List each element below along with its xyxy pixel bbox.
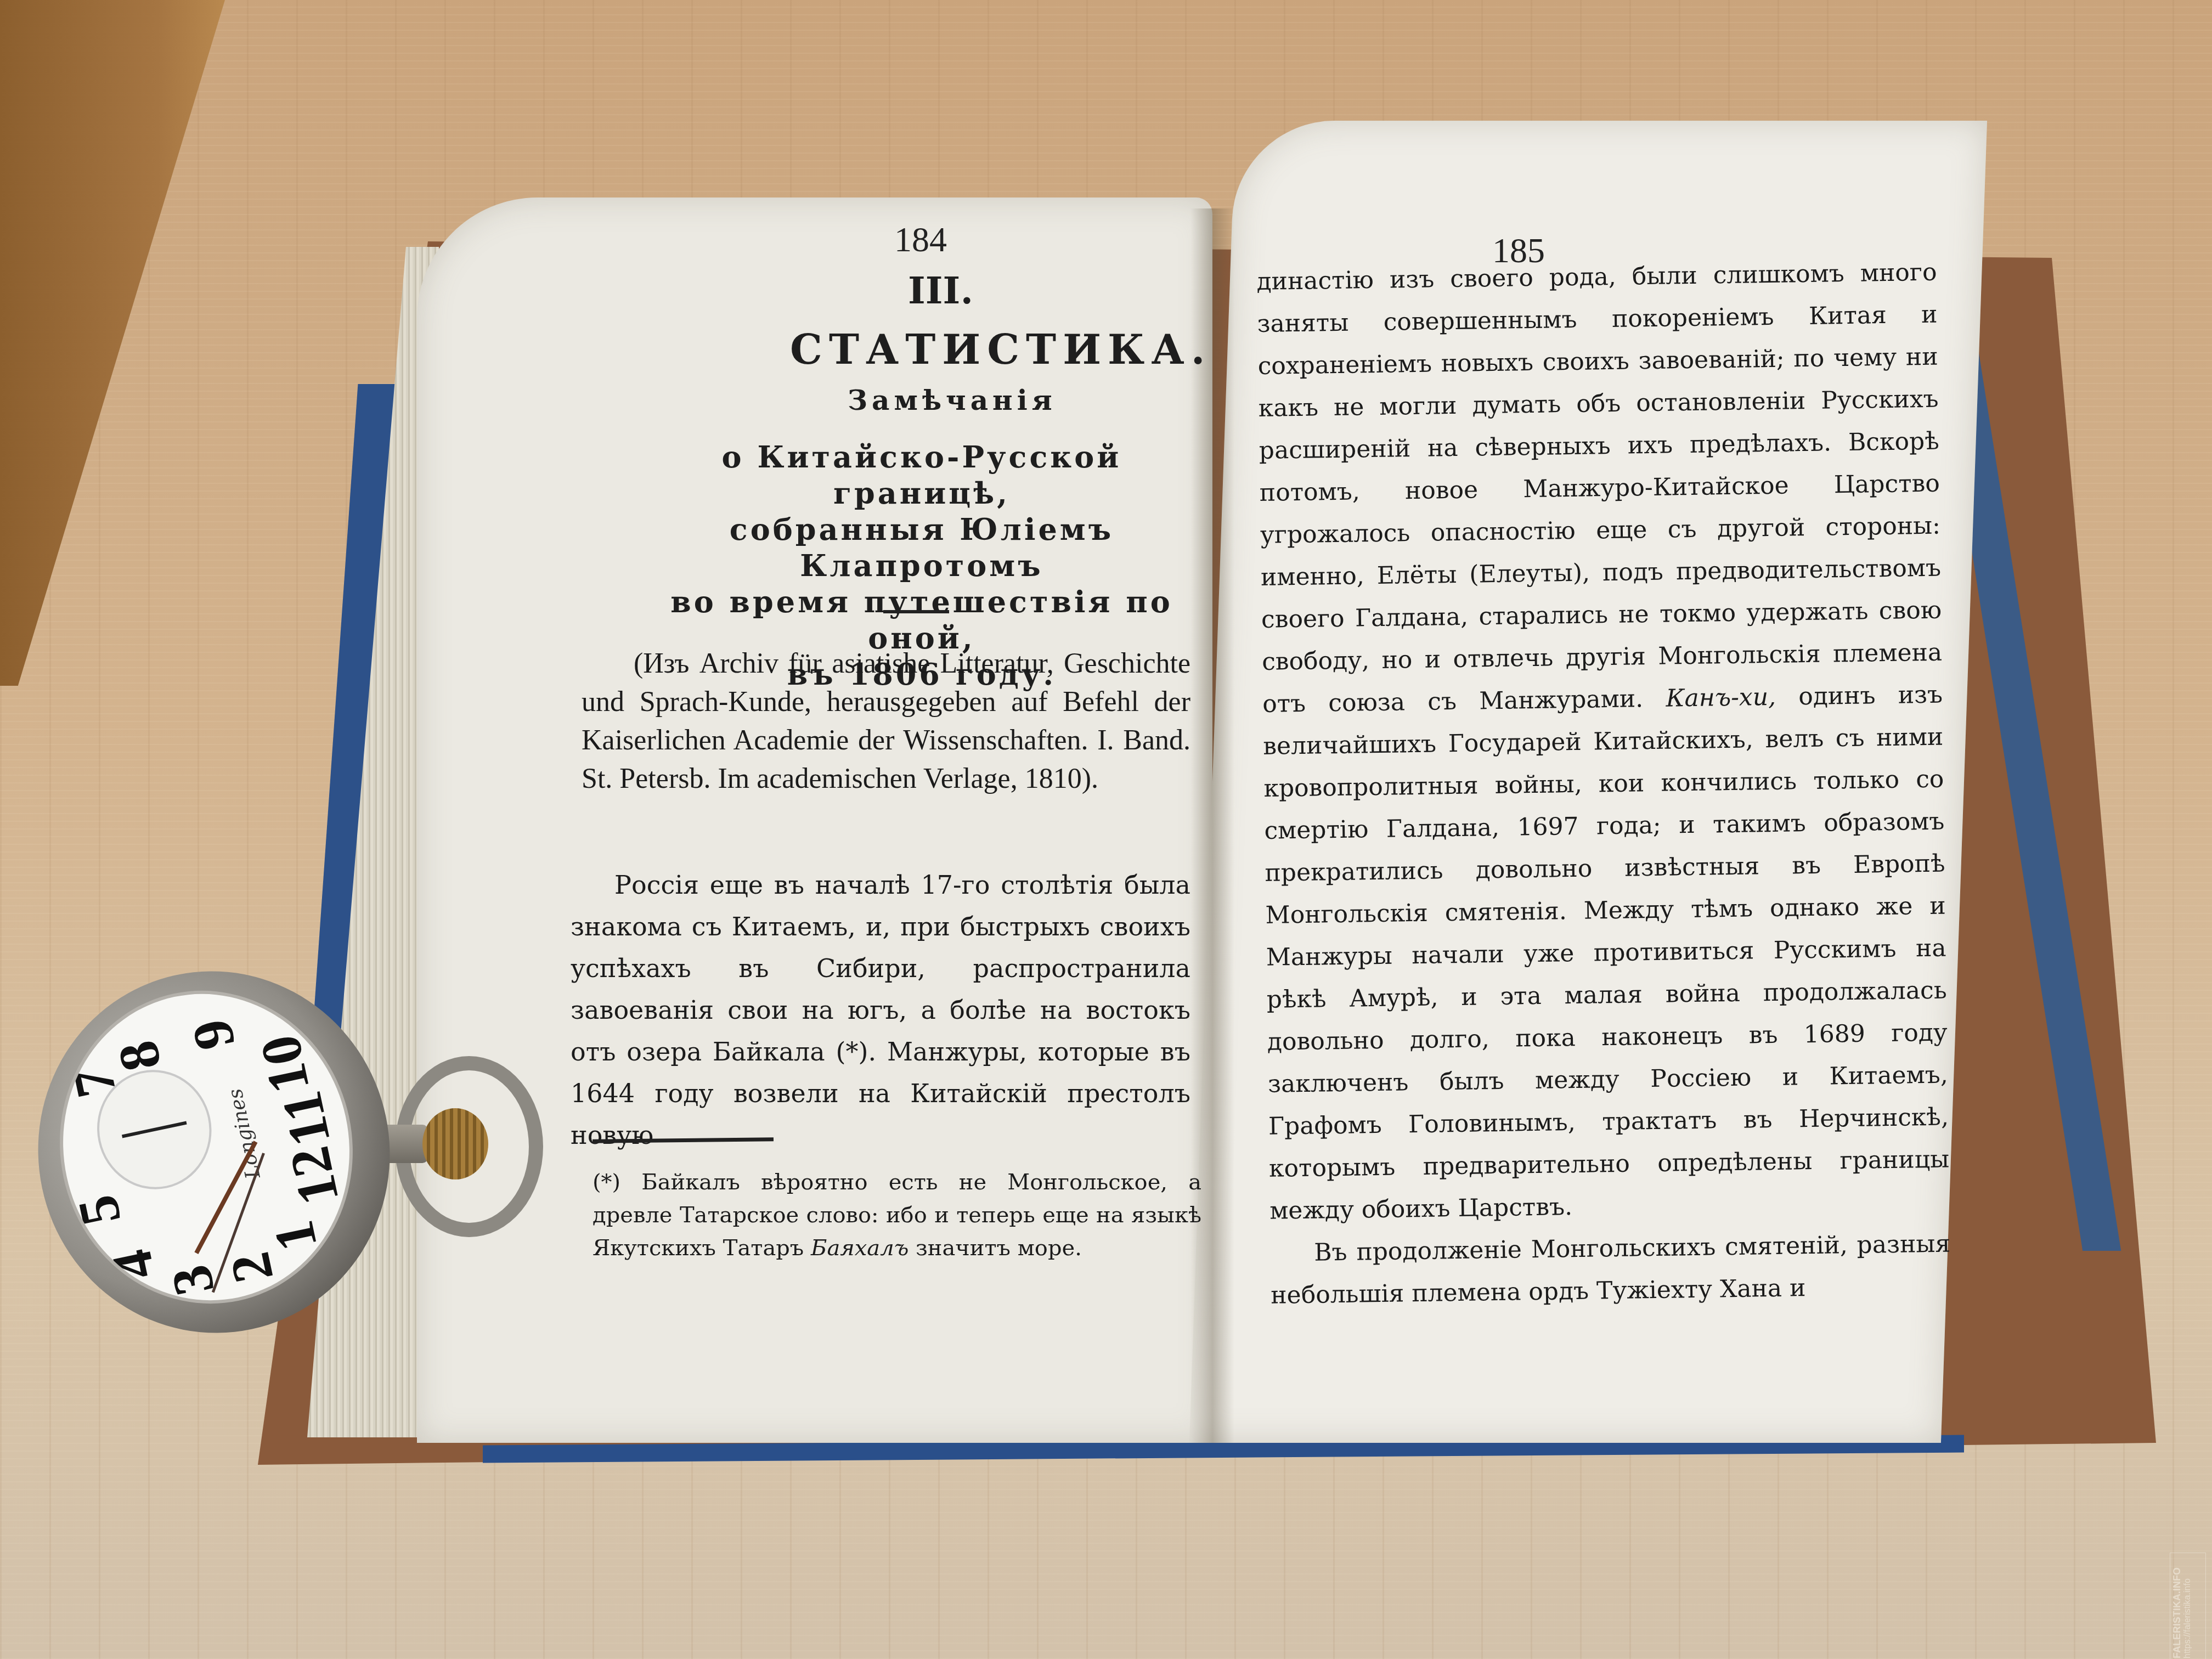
right-page-body: династію изъ своего рода, были слишкомъ … bbox=[1256, 251, 1951, 1317]
page-number-left: 184 bbox=[894, 219, 947, 260]
footnote-marker: (*) bbox=[592, 1170, 620, 1195]
dial-numeral: 9 bbox=[183, 1014, 245, 1054]
dial-numeral: 11 bbox=[273, 1086, 340, 1151]
dial-numeral: 12 bbox=[280, 1142, 348, 1209]
footnote-italic-word: Баяхалъ bbox=[811, 1235, 909, 1261]
section-numeral: III. bbox=[908, 269, 973, 313]
dial-numeral: 2 bbox=[221, 1248, 283, 1287]
heading-line: собранныя Юліемъ Клапротомъ bbox=[647, 511, 1196, 584]
right-paragraph-2: Въ продолженіе Монгольскихъ смятеній, ра… bbox=[1270, 1223, 1951, 1317]
left-body-paragraph: Россія еще въ началѣ 17-го столѣтія была… bbox=[571, 864, 1190, 1156]
paragraph-text: династію изъ своего рода, были слишкомъ … bbox=[1256, 258, 1942, 718]
right-paragraph-1: династію изъ своего рода, были слишкомъ … bbox=[1256, 251, 1950, 1232]
section-title: СТАТИСТИКА. bbox=[790, 326, 1211, 374]
dial-numeral: 3 bbox=[162, 1260, 224, 1300]
dial-numeral: 5 bbox=[69, 1190, 131, 1230]
source-note: (Изъ Archiv für asiatishe Litteratur, Ge… bbox=[582, 645, 1190, 798]
heading-line: о Китайско-Русской границѣ, bbox=[647, 439, 1196, 511]
dial-numeral: 4 bbox=[103, 1245, 165, 1284]
left-page-body: Россія еще въ началѣ 17-го столѣтія была… bbox=[571, 864, 1190, 1156]
watermark-url: https://faleristika.info bbox=[2183, 1554, 2193, 1658]
heading-divider bbox=[883, 610, 949, 613]
dial-numeral: 10 bbox=[251, 1030, 319, 1098]
italic-name-kangxi: Канъ-хи, bbox=[1666, 683, 1776, 713]
footnote: (*) Байкалъ вѣроятно есть не Монгольское… bbox=[592, 1166, 1201, 1265]
watermark: FALERISTIKA.INFO https://faleristika.inf… bbox=[2170, 1553, 2206, 1659]
section-subtitle: Замѣчанія bbox=[848, 384, 1057, 416]
paragraph-text: одинъ изъ величайшихъ Государей Китайски… bbox=[1263, 681, 1949, 1225]
watch-crown bbox=[422, 1108, 488, 1180]
watermark-title: FALERISTIKA.INFO bbox=[2171, 1554, 2183, 1658]
source-note-text: (Изъ Archiv für asiatishe Litteratur, Ge… bbox=[582, 648, 1190, 794]
footnote-end: значитъ море. bbox=[916, 1235, 1082, 1261]
pocket-watch: 8 9 10 11 12 1 2 3 4 5 7 Longines bbox=[38, 960, 422, 1333]
seconds-hand bbox=[122, 1121, 187, 1138]
